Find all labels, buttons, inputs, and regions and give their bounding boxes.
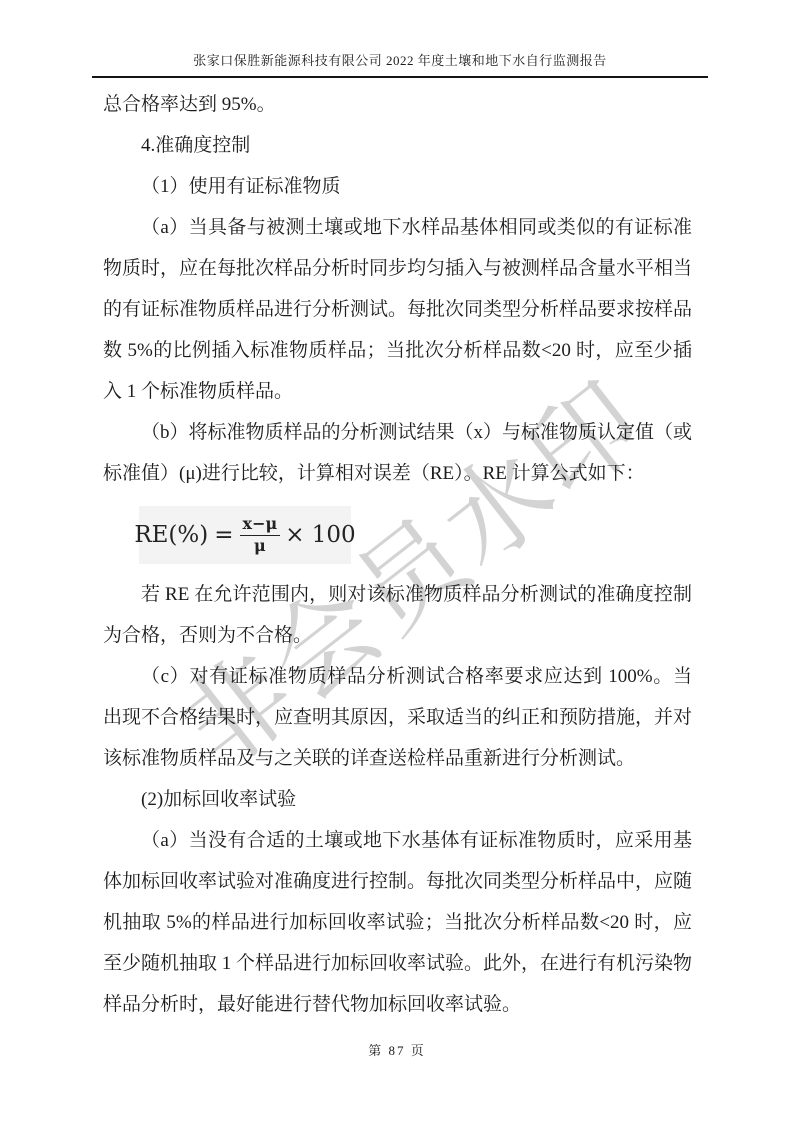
paragraph-c-pass-rate-100: （c）对有证标准物质样品分析测试合格率要求应达到 100%。当出现不合格结果时，… <box>103 656 692 779</box>
document-body: 总合格率达到 95%。 4.准确度控制 （1）使用有证标准物质 （a）当具备与被… <box>103 84 692 1025</box>
heading-2-spike-recovery-test: (2)加标回收率试验 <box>103 779 692 820</box>
page-number: 第 87 页 <box>368 1043 426 1058</box>
paragraph-a-spike-recovery: （a）当没有合适的土壤或地下水基体有证标准物质时，应采用基体加标回收率试验对准确… <box>103 820 692 1025</box>
page-header: 张家口保胜新能源科技有限公司 2022 年度土壤和地下水自行监测报告 <box>92 50 708 78</box>
formula-lhs: RE(%) <box>134 522 208 548</box>
paragraph-a-crm-insertion: （a）当具备与被测土壤或地下水样品基体相同或类似的有证标准物质时，应在每批次样品… <box>103 207 692 412</box>
formula-numerator: x−μ <box>240 515 281 535</box>
heading-4-accuracy-control: 4.准确度控制 <box>103 125 692 166</box>
header-title: 张家口保胜新能源科技有限公司 2022 年度土壤和地下水自行监测报告 <box>193 53 607 68</box>
formula-fraction: x−μ μ <box>240 515 281 555</box>
formula-multiplier: × 100 <box>285 522 355 548</box>
paragraph-total-pass-rate: 总合格率达到 95%。 <box>103 84 692 125</box>
paragraph-re-tolerance: 若 RE 在允许范围内，则对该标准物质样品分析测试的准确度控制为合格，否则为不合… <box>103 574 692 656</box>
formula-denominator: μ <box>254 536 266 555</box>
formula-equals-sign: = <box>214 522 233 548</box>
page-footer: 第 87 页 <box>0 1040 794 1059</box>
document-page: 非会员水印 张家口保胜新能源科技有限公司 2022 年度土壤和地下水自行监测报告… <box>0 0 794 1123</box>
paragraph-b-re-comparison: （b）将标准物质样品的分析测试结果（x）与标准物质认定值（或标准值）(μ)进行比… <box>103 412 692 494</box>
heading-1-certified-reference-material: （1）使用有证标准物质 <box>103 166 692 207</box>
formula-re-calculation: RE(%) = x−μ μ × 100 <box>139 506 351 564</box>
